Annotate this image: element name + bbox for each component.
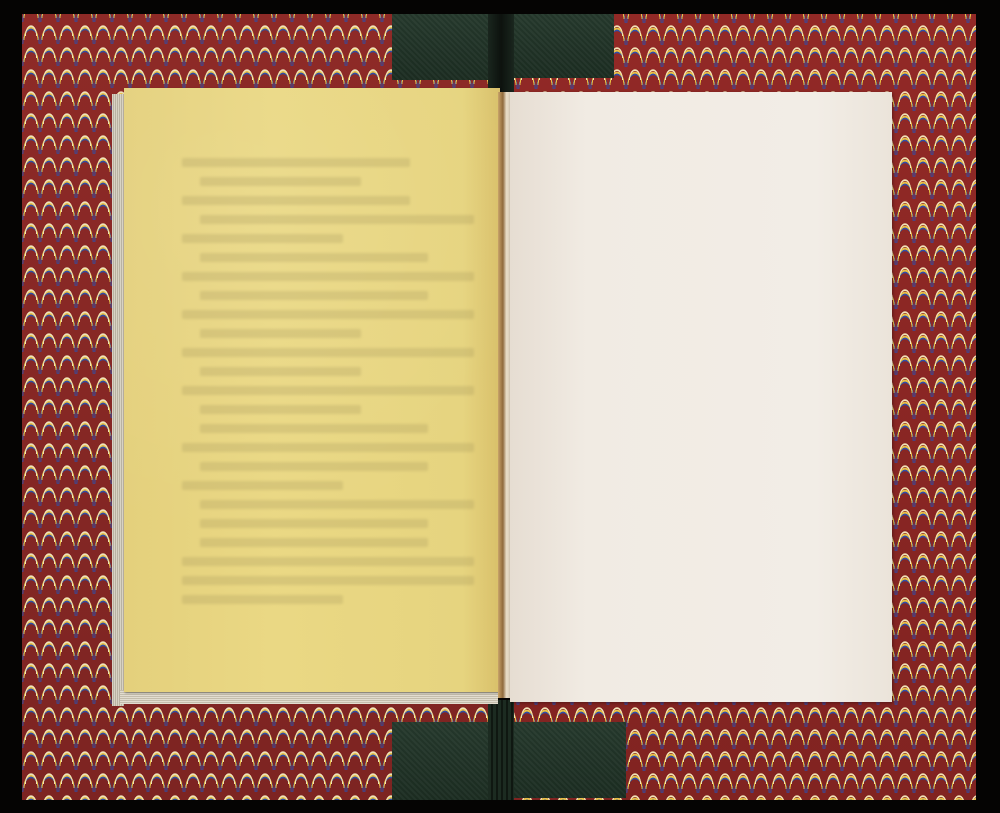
illegible-line — [182, 557, 474, 566]
illegible-line — [200, 329, 361, 338]
illegible-line — [182, 310, 474, 319]
illegible-line — [200, 424, 428, 433]
illegible-line — [200, 215, 474, 224]
illegible-line — [200, 405, 361, 414]
illegible-line — [200, 462, 428, 471]
illegible-line — [182, 576, 474, 585]
leather-spine-top-left — [392, 14, 488, 80]
illegible-line — [182, 158, 410, 167]
illegible-line — [182, 481, 343, 490]
illegible-line — [182, 348, 474, 357]
illegible-line — [200, 367, 361, 376]
illegible-line — [182, 595, 343, 604]
show-through-text — [182, 158, 474, 652]
illegible-line — [200, 177, 361, 186]
illegible-line — [200, 291, 428, 300]
illegible-line — [200, 538, 428, 547]
leather-spine-top-right — [514, 14, 614, 78]
leather-spine-bottom-left — [392, 722, 488, 800]
page-edges-left — [112, 94, 124, 706]
illegible-line — [182, 196, 410, 205]
illegible-line — [200, 500, 474, 509]
illegible-line — [182, 386, 474, 395]
leather-spine-bottom-right — [514, 722, 626, 798]
spine-gutter-top — [488, 14, 514, 94]
page-edges-bottom — [120, 690, 498, 704]
illegible-line — [182, 272, 474, 281]
illegible-line — [182, 443, 474, 452]
spine-gutter-bottom — [488, 700, 514, 800]
white-right-page — [510, 92, 892, 702]
illegible-line — [182, 234, 343, 243]
yellow-left-page — [124, 88, 500, 692]
illegible-line — [200, 253, 428, 262]
photo-background — [0, 0, 1000, 813]
illegible-line — [200, 519, 428, 528]
